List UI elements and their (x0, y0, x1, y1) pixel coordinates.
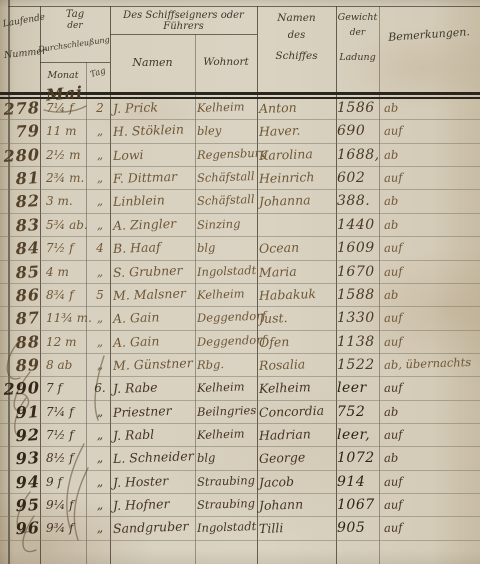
cell-wohnort: Kelheim (197, 375, 258, 400)
cell-gewicht: 1138 (337, 331, 381, 354)
cell-tag: „ (90, 190, 110, 213)
cell-tag: 4 (90, 237, 110, 260)
cell-eigner-name: J. Rabl (113, 421, 194, 447)
cell-schiffsname: Habakuk (259, 281, 336, 307)
col-header-eigner-line2: Führers (110, 21, 257, 32)
cell-wohnort: Ingolstadt (197, 258, 258, 283)
cell-nummer: 91 (1, 400, 40, 425)
cell-richtung: ab (384, 187, 479, 213)
cell-eigner-name: F. Dittmar (113, 164, 194, 190)
col-header-wohnort: Wohnort (195, 56, 257, 68)
col-header-tag-line1: Tag (40, 9, 110, 20)
table-row: 96 9¾ f „ Sandgruber Ingolstadt Tilli 90… (0, 517, 480, 540)
table-row: 87 11¾ m. „ A. Gain Deggendorf Just. 133… (0, 307, 480, 330)
cell-eigner-name: Sandgruber (113, 515, 194, 541)
month-label: Mai (45, 82, 84, 104)
col-header-tag-line3: Durchschleußung (34, 34, 114, 54)
cell-wohnort: Kelheim (197, 422, 258, 447)
cell-nummer: 84 (1, 236, 40, 261)
cell-gewicht: leer (337, 377, 381, 400)
cell-wohnort: Deggendorf (197, 305, 258, 330)
col-header-schiff-line2: des (257, 30, 336, 41)
cell-nummer: 85 (1, 260, 40, 285)
col-header-schiff-line3: Schiffes (257, 50, 336, 62)
cell-tag: 5 (90, 284, 110, 307)
cell-tag: „ (90, 144, 110, 167)
col-header-gewicht-line2: der (336, 28, 379, 38)
cell-eigner-name: H. Stöklein (113, 118, 194, 144)
cell-wohnort: Beilngries (197, 399, 258, 424)
cell-wohnort: Kelheim (197, 95, 258, 120)
table-row: 280 2½ m „ Lowi Regensburg Karolina 1688… (0, 144, 480, 167)
table-row: 94 9 f „ J. Hoster Straubing Jacob 914 a… (0, 471, 480, 494)
table-row: 85 4 m „ S. Grubner Ingolstadt Maria 167… (0, 261, 480, 284)
col-header-eigner-line1: Des Schiffseigners oder (110, 10, 257, 21)
cell-richtung: ab (384, 397, 479, 423)
cell-richtung: auf (384, 421, 479, 447)
cell-richtung: auf (384, 514, 479, 540)
cell-eigner-name: J. Rabe (113, 375, 194, 401)
cell-tag: „ (90, 331, 110, 354)
cell-uhrzeit: 9 f (46, 471, 88, 494)
col-header-bemerkungen: Bemerkungen. (379, 25, 480, 45)
cell-wohnort: blg (197, 235, 258, 260)
cell-gewicht: 905 (337, 517, 381, 540)
cell-tag: „ (90, 447, 110, 470)
cell-richtung: auf (384, 467, 479, 493)
col-header-namen: Namen (110, 56, 195, 69)
cell-uhrzeit: 2½ m (46, 144, 88, 167)
cell-richtung: auf (384, 257, 479, 283)
cell-gewicht: 1440 (337, 214, 381, 237)
date-subheader-rule (40, 62, 110, 63)
cell-nummer: 93 (1, 446, 40, 471)
cell-richtung: auf (384, 491, 479, 517)
cell-uhrzeit: 7 f (46, 377, 88, 400)
cell-eigner-name: S. Grubner (113, 258, 194, 284)
cell-nummer: 94 (1, 470, 40, 495)
cell-schiffsname: George (259, 445, 336, 471)
cell-nummer: 82 (1, 189, 40, 214)
cell-eigner-name: Linblein (113, 188, 194, 214)
cell-wohnort: Straubing (197, 492, 258, 517)
cell-uhrzeit: 5¾ ab. (46, 214, 88, 237)
table-row: 91 7¼ f „ Priestner Beilngries Concordia… (0, 401, 480, 424)
table-row: 79 11 m „ H. Stöklein bley Haver. 690 au… (0, 120, 480, 143)
cell-nummer: 96 (1, 516, 40, 541)
cell-eigner-name: J. Hoster (113, 468, 194, 494)
cell-wohnort: Schäfstall (197, 165, 258, 190)
cell-nummer: 87 (1, 306, 40, 331)
cell-tag: „ (90, 471, 110, 494)
cell-gewicht: 690 (337, 120, 381, 143)
col-header-monat: Monat (40, 70, 86, 81)
col-header-gewicht-line3: Ladung (336, 52, 379, 63)
cell-wohnort: bley (197, 118, 258, 143)
cell-gewicht: 1586 (337, 97, 381, 120)
cell-schiffsname: Maria (259, 258, 336, 284)
cell-schiffsname: Rosalia (259, 351, 336, 377)
cell-tag: 6. (90, 377, 110, 400)
cell-wohnort: Straubing (197, 469, 258, 494)
col-header-tag-sub: Tag (85, 65, 111, 82)
table-row: 83 5¾ ab. „ A. Zingler Sinzing 1440 ab (0, 214, 480, 237)
table-row: 93 8½ f „ L. Schneider blg George 1072 a… (0, 447, 480, 470)
cell-tag: „ (90, 424, 110, 447)
cell-gewicht: 1688, (337, 144, 381, 167)
cell-uhrzeit: 2¾ m. (46, 167, 88, 190)
cell-eigner-name: J. Prick (113, 94, 194, 120)
cell-richtung: auf (384, 374, 479, 400)
cell-nummer: 86 (1, 283, 40, 308)
cell-nummer: 81 (1, 166, 40, 191)
cell-eigner-name: B. Haaf (113, 234, 194, 260)
cell-uhrzeit: 3 m. (46, 190, 88, 213)
cell-gewicht: 1067 (337, 494, 381, 517)
table-row: 86 8¾ f 5 M. Malsner Kelheim Habakuk 158… (0, 284, 480, 307)
table-row: 84 7½ f 4 B. Haaf blg Ocean 1609 auf (0, 237, 480, 260)
cell-eigner-name: A. Gain (113, 304, 194, 330)
cell-uhrzeit: 12 m (46, 331, 88, 354)
cell-eigner-name: Lowi (113, 141, 194, 167)
cell-uhrzeit: 11¾ m. (46, 307, 88, 330)
cell-schiffsname: Heinrich (259, 164, 336, 190)
cell-tag: „ (90, 167, 110, 190)
cell-richtung: ab (384, 444, 479, 470)
cell-gewicht: 914 (337, 471, 381, 494)
col-header-tag-line2: der (40, 21, 110, 31)
cell-nummer: 79 (1, 119, 40, 144)
cell-uhrzeit: 9¼ f (46, 494, 88, 517)
cell-eigner-name: J. Hofner (113, 491, 194, 517)
cell-schiffsname: Kelheim (259, 375, 336, 401)
cell-nummer: 88 (1, 330, 40, 355)
cell-uhrzeit: 8 ab (46, 354, 88, 377)
cell-wohnort: Schäfstall (197, 188, 258, 213)
cell-uhrzeit: 9¾ f (46, 517, 88, 540)
cell-gewicht: 1588 (337, 284, 381, 307)
cell-richtung: auf (384, 234, 479, 260)
cell-schiffsname: Just. (259, 305, 336, 331)
cell-schiffsname: Johanna (259, 188, 336, 214)
cell-gewicht: 1330 (337, 307, 381, 330)
cell-richtung: ab (384, 281, 479, 307)
cell-gewicht: 602 (337, 167, 381, 190)
cell-nummer: 89 (1, 353, 40, 378)
cell-schiffsname: Johann (259, 491, 336, 517)
table-row: 82 3 m. „ Linblein Schäfstall Johanna 38… (0, 190, 480, 213)
table-row: 290 7 f 6. J. Rabe Kelheim Kelheim leer … (0, 377, 480, 400)
cell-eigner-name: M. Malsner (113, 281, 194, 307)
cell-nummer: 83 (1, 213, 40, 238)
cell-schiffsname: Haver. (259, 118, 336, 144)
cell-uhrzeit: 7¼ f (46, 401, 88, 424)
cell-nummer: 280 (1, 143, 40, 168)
cell-schiffsname: Anton (259, 94, 336, 120)
cell-nummer: 290 (1, 376, 40, 401)
cell-richtung: auf (384, 304, 479, 330)
cell-uhrzeit: 7½ f (46, 237, 88, 260)
cell-wohnort: Ingolstadt (197, 515, 258, 540)
cell-uhrzeit: 8¾ f (46, 284, 88, 307)
cell-wohnort: Rbg. (197, 352, 258, 377)
ledger-page: Laufende Nummer Tag der Durchschleußung … (0, 0, 480, 564)
cell-richtung: ab (384, 211, 479, 237)
cell-wohnort: Sinzing (197, 212, 258, 237)
table-row: 81 2¾ m. „ F. Dittmar Schäfstall Heinric… (0, 167, 480, 190)
cell-uhrzeit: 11 m (46, 120, 88, 143)
table-row: 88 12 m „ A. Gain Deggendorf Ofen 1138 a… (0, 331, 480, 354)
cell-nummer: 92 (1, 423, 40, 448)
cell-wohnort: Deggendorf (197, 329, 258, 354)
cell-tag: „ (90, 307, 110, 330)
cell-uhrzeit: 4 m (46, 261, 88, 284)
cell-gewicht: leer, (337, 424, 381, 447)
cell-richtung: auf (384, 327, 479, 353)
cell-schiffsname: Hadrian (259, 421, 336, 447)
col-header-gewicht-line1: Gewicht (336, 12, 379, 23)
cell-tag: „ (90, 214, 110, 237)
cell-tag: „ (90, 120, 110, 143)
cell-tag: „ (90, 261, 110, 284)
cell-gewicht: 1609 (337, 237, 381, 260)
cell-gewicht: 1072 (337, 447, 381, 470)
cell-richtung: ab, übernachts (384, 351, 479, 377)
cell-eigner-name: M. Günstner (113, 351, 194, 377)
cell-schiffsname: Concordia (259, 398, 336, 424)
cell-schiffsname: Ofen (259, 328, 336, 354)
ledger-body: 278 7¼ f 2 J. Prick Kelheim Anton 1586 a… (0, 97, 480, 541)
cell-wohnort: Regensburg (197, 142, 258, 167)
cell-tag: „ (90, 517, 110, 540)
cell-tag: „ (90, 494, 110, 517)
cell-schiffsname: Karolina (259, 141, 336, 167)
cell-gewicht: 752 (337, 401, 381, 424)
cell-gewicht: 1670 (337, 261, 381, 284)
cell-tag: „ (90, 401, 110, 424)
cell-richtung: ab (384, 94, 479, 120)
cell-wohnort: blg (197, 445, 258, 470)
cell-richtung: auf (384, 164, 479, 190)
cell-uhrzeit: 7½ f (46, 424, 88, 447)
cell-eigner-name: A. Gain (113, 328, 194, 354)
table-row: 92 7½ f „ J. Rabl Kelheim Hadrian leer, … (0, 424, 480, 447)
cell-gewicht: 388. (337, 190, 381, 213)
cell-uhrzeit: 8½ f (46, 447, 88, 470)
cell-gewicht: 1522 (337, 354, 381, 377)
cell-wohnort: Kelheim (197, 282, 258, 307)
table-row: 95 9¼ f „ J. Hofner Straubing Johann 106… (0, 494, 480, 517)
cell-eigner-name: Priestner (113, 398, 194, 424)
cell-eigner-name: L. Schneider (113, 445, 194, 471)
cell-eigner-name: A. Zingler (113, 211, 194, 237)
header-top-rule (8, 6, 480, 7)
cell-richtung: ab (384, 140, 479, 166)
owner-subheader-rule (110, 34, 257, 35)
cell-tag: „ (90, 354, 110, 377)
cell-schiffsname: Ocean (259, 235, 336, 261)
col-header-schiff-line1: Namen (257, 12, 336, 24)
table-row: 89 8 ab „ M. Günstner Rbg. Rosalia 1522 … (0, 354, 480, 377)
cell-schiffsname: Jacob (259, 468, 336, 494)
cell-nummer: 95 (1, 493, 40, 518)
cell-schiffsname: Tilli (259, 515, 336, 541)
cell-richtung: auf (384, 117, 479, 143)
cell-tag: 2 (90, 97, 110, 120)
cell-nummer: 278 (1, 96, 40, 121)
